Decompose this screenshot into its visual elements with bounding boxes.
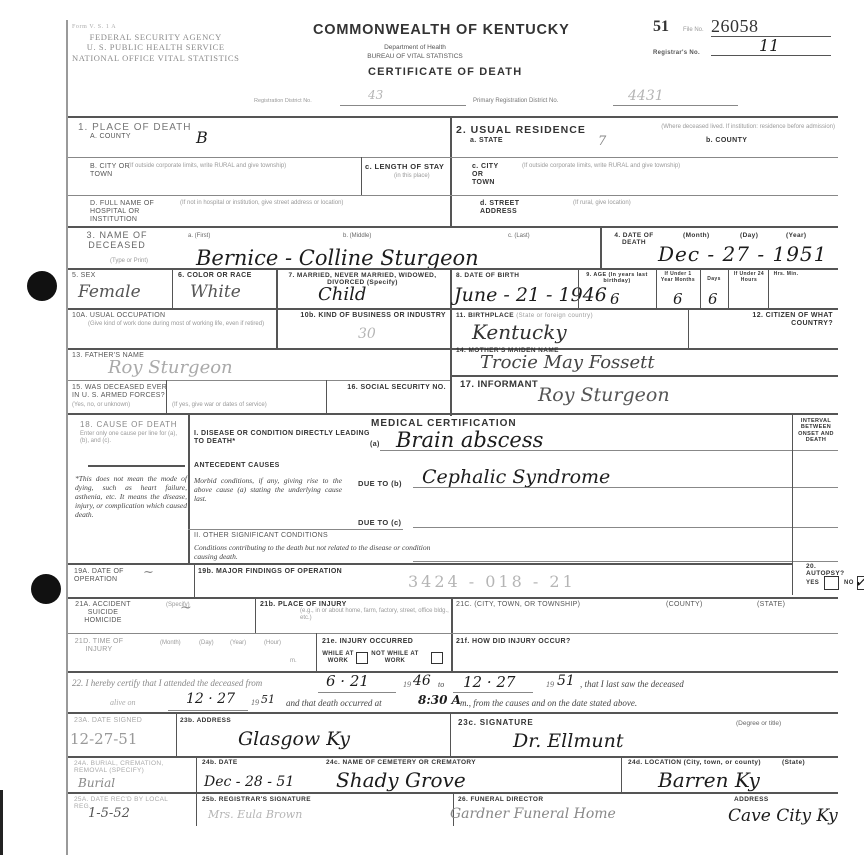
date-signed-label: 23a. DATE SIGNED — [74, 717, 142, 725]
birth-date-label: 8. DATE OF BIRTH — [456, 272, 519, 279]
other-conditions-label: II. OTHER SIGNIFICANT CONDITIONS — [194, 532, 328, 540]
burial-method-label: 24a. BURIAL, CREMATION, REMOVAL (Specify… — [74, 760, 166, 775]
residence-city-label: c. CITY OR TOWN — [472, 163, 502, 187]
location-value: Barren Ky — [658, 768, 760, 792]
operation-date-mark: ~ — [143, 565, 154, 580]
hospital-label: d. FULL NAME OF HOSPITAL OR INSTITUTION — [90, 200, 178, 224]
time-suffix: m. — [290, 658, 297, 665]
file-prefix: 51 — [653, 18, 669, 36]
to-year-value: 51 — [557, 673, 575, 689]
date-of-death-label: 4. DATE OF DEATH — [614, 232, 654, 247]
place-of-injury-note: (e.g., in or about home, farm, factory, … — [300, 608, 450, 622]
department-label: Department of Health — [330, 44, 500, 51]
antecedent-note: Morbid conditions, if any, giving rise t… — [194, 476, 342, 503]
burial-method-value: Burial — [78, 776, 115, 790]
last-name-label: c. (Last) — [508, 233, 530, 240]
state-title: COMMONWEALTH OF KENTUCKY — [313, 22, 570, 38]
how-injury-label: 21f. HOW DID INJURY OCCUR? — [456, 638, 571, 646]
injury-city-label: 21c. (CITY, TOWN, OR TOWNSHIP) — [456, 601, 580, 609]
not-while-at-work-checkbox[interactable] — [431, 652, 443, 664]
interval-label: INTERVAL BETWEEN ONSET AND DEATH — [796, 418, 836, 443]
certify-statement-line-1: 22. I hereby certify that I attended the… — [72, 678, 842, 689]
time-month-label: (Month) — [160, 640, 181, 647]
registration-district-value: 43 — [368, 88, 383, 102]
form-number: Form V. S. 1 A — [72, 24, 239, 32]
line-a-label: (a) — [370, 441, 380, 449]
injury-county-label: (COUNTY) — [666, 601, 703, 609]
deceased-name-label: 3. NAME OF DECEASED — [82, 231, 152, 251]
bureau-label: BUREAU OF VITAL STATISTICS — [330, 53, 500, 60]
birth-date-value: June - 21 - 1946 — [454, 284, 607, 306]
sex-value: Female — [78, 282, 141, 302]
father-value: Roy Sturgeon — [108, 357, 233, 378]
residence-county-label: b. COUNTY — [706, 137, 747, 145]
while-at-work-checkbox[interactable] — [356, 652, 368, 664]
armed-forces-note-a: (Yes, no, or unknown) — [72, 402, 130, 409]
death-time-value: 8:30 A — [418, 693, 461, 707]
not-while-at-work-label: NOT WHILE AT WORK — [371, 651, 419, 665]
registrar-signature-value: Mrs. Eula Brown — [208, 808, 302, 821]
burial-date-value: Dec - 28 - 51 — [204, 774, 294, 790]
medical-footnote: *This does not mean the mode of dying, s… — [75, 474, 187, 519]
registrar-number: 11 — [759, 36, 779, 55]
checkmark-icon: ✓ — [854, 572, 864, 592]
while-at-work-label: WHILE AT WORK — [321, 651, 355, 665]
last-seen-year-value: 51 — [261, 693, 275, 706]
file-no-label: File No. — [683, 27, 704, 34]
informant-label: 17. INFORMANT — [460, 380, 538, 391]
residence-state-label: a. STATE — [470, 137, 503, 145]
date-signed-value: 12-27-51 — [70, 730, 137, 748]
occupation-label: 10a. USUAL OCCUPATION — [72, 312, 165, 320]
last-seen-year-prefix: 19 — [251, 698, 259, 708]
due-to-b-label: DUE TO (b) — [358, 480, 402, 489]
binding-edge — [0, 790, 3, 855]
autopsy-no-checkbox[interactable]: ✓ — [857, 576, 864, 590]
funeral-director-label: 26. FUNERAL DIRECTOR — [458, 796, 543, 803]
age-value: 6 — [610, 290, 620, 308]
months-label: If Under 1 Year Months — [659, 272, 697, 284]
length-of-stay-label: c. LENGTH OF STAY — [365, 163, 445, 172]
days-value: 6 — [708, 290, 718, 308]
file-number: 26058 — [711, 16, 759, 37]
birthplace-note: (State or foreign country) — [516, 313, 593, 319]
armed-forces-note-b: (If yes, give war or dates of service) — [172, 402, 267, 409]
address-label: 23b. ADDRESS — [180, 717, 231, 724]
signature-value: Dr. Ellmunt — [513, 730, 623, 752]
cause-line-a: Brain abscess — [396, 428, 543, 452]
address-value: Glasgow Ky — [238, 728, 350, 750]
hospital-note: (If not in hospital or institution, give… — [180, 200, 440, 207]
birthplace-label-text: 11. BIRTHPLACE — [456, 312, 514, 319]
other-conditions-note: Conditions contributing to the death but… — [194, 543, 444, 561]
birthplace-label: 11. BIRTHPLACE (State or foreign country… — [456, 312, 593, 320]
death-county-value: B — [196, 128, 208, 147]
accident-mark: ~ — [180, 600, 192, 616]
residence-street-note: (If rural, give location) — [573, 200, 631, 207]
accident-label: 21a. ACCIDENT SUICIDE HOMICIDE — [74, 601, 132, 625]
certificate-title: CERTIFICATE OF DEATH — [368, 66, 522, 78]
sex-label: 5. SEX — [72, 272, 96, 280]
date-of-death-value: Dec - 27 - 1951 — [658, 242, 827, 266]
residence-city-note: (If outside corporate limits, write RURA… — [522, 163, 680, 170]
from-year-value: 46 — [413, 673, 431, 689]
time-of-injury-label: 21d. TIME OF INJURY — [74, 638, 124, 654]
from-year-prefix: 19 — [403, 680, 411, 690]
marital-value: Child — [318, 284, 366, 305]
days-label: Days — [703, 277, 725, 283]
signature-label: 23c. SIGNATURE — [458, 718, 534, 727]
minutes-label: Hrs. Min. — [771, 272, 801, 278]
middle-name-label: b. (Middle) — [343, 233, 371, 240]
funeral-director-value: Gardner Funeral Home — [450, 806, 616, 822]
autopsy-no-label: NO — [844, 580, 854, 587]
residence-street-label: d. STREET ADDRESS — [480, 200, 530, 216]
certify-text-2: , that I last saw the deceased — [580, 679, 684, 690]
burial-date-label: 24b. DATE — [202, 759, 238, 766]
cemetery-value: Shady Grove — [336, 768, 466, 792]
disease-label: I. DISEASE OR CONDITION DIRECTLY LEADING… — [194, 430, 374, 446]
birthplace-value: Kentucky — [472, 320, 567, 344]
occupation-note: (Give kind of work done during most of w… — [88, 321, 273, 328]
location-label: 24d. LOCATION (City, town, or county) — [628, 759, 761, 766]
residence-state-value: 7 — [598, 134, 606, 149]
injury-occurred-label: 21e. INJURY OCCURRED — [322, 638, 413, 646]
death-city-note: (If outside corporate limits, write RURA… — [128, 163, 353, 170]
degree-label: (Degree or title) — [736, 720, 781, 727]
first-name-label: a. (First) — [188, 233, 210, 240]
injury-state-label: (STATE) — [757, 601, 785, 609]
race-label: 6. COLOR OR RACE — [178, 272, 252, 280]
primary-district-value: 4431 — [628, 88, 664, 104]
attended-to-value: 12 · 27 — [463, 673, 515, 691]
attended-from-value: 6 · 21 — [326, 672, 369, 690]
ssn-label: 16. SOCIAL SECURITY NO. — [330, 384, 446, 392]
time-day-label: (Day) — [199, 640, 214, 647]
registrar-no-label: Registrar's No. — [653, 50, 700, 57]
date-received-value: 1-5-52 — [88, 806, 130, 821]
armed-forces-label-a: 15. WAS DECEASED EVER IN U. S. ARMED FOR… — [72, 384, 172, 400]
race-value: White — [190, 282, 241, 302]
death-city-label: b. CITY OR TOWN — [90, 163, 130, 179]
funeral-address-value: Cave City Ky — [728, 806, 838, 826]
length-of-stay-note: (in this place) — [394, 173, 430, 180]
death-day-label: (Day) — [740, 232, 758, 239]
autopsy-yes-label: YES — [806, 580, 819, 587]
location-state-label: (State) — [782, 759, 805, 766]
deceased-name-note: (Type or Print) — [110, 258, 148, 265]
certify-text-4: and that death occurred at — [286, 698, 382, 709]
place-of-death-title: 1. PLACE OF DEATH — [78, 122, 192, 133]
mother-value: Trocie May Fossett — [480, 352, 655, 373]
cemetery-label: 24c. NAME OF CEMETERY OR CREMATORY — [326, 759, 476, 766]
cause-note: Enter only one cause per line for (a), (… — [80, 431, 180, 445]
death-county-label: a. COUNTY — [90, 133, 131, 141]
registrar-signature-label: 25b. REGISTRAR'S SIGNATURE — [202, 796, 311, 803]
antecedent-label: ANTECEDENT CAUSES — [194, 462, 280, 470]
to-year-prefix: 19 — [546, 680, 554, 690]
agency-line-2: U. S. PUBLIC HEALTH SERVICE — [72, 42, 239, 53]
operation-findings-label: 19b. MAJOR FINDINGS OF OPERATION — [198, 568, 342, 576]
death-year-label: (Year) — [786, 232, 806, 239]
registration-district-label: Registration District No. — [254, 98, 312, 104]
to-label: to — [438, 680, 444, 690]
agency-block: Form V. S. 1 A FEDERAL SECURITY AGENCY U… — [72, 24, 239, 63]
death-month-label: (Month) — [683, 232, 710, 239]
certify-text-5: m., from the causes and on the date stat… — [460, 698, 637, 709]
business-label: 10b. KIND OF BUSINESS OR INDUSTRY — [280, 312, 446, 320]
certify-text-1: 22. I hereby certify that I attended the… — [72, 678, 262, 688]
operation-date-label: 19a. DATE OF OPERATION — [74, 568, 134, 584]
armed-forces-label: 15. WAS DECEASED EVER IN U. S. ARMED FOR… — [72, 384, 167, 399]
due-to-c-label: DUE TO (c) — [358, 519, 401, 528]
time-hour-label: (Hour) — [264, 640, 281, 647]
informant-value: Roy Sturgeon — [538, 384, 670, 406]
usual-residence-note: (Where deceased lived. If institution: r… — [613, 124, 835, 131]
citizen-label: 12. CITIZEN OF WHAT COUNTRY? — [718, 312, 833, 328]
business-value: 30 — [358, 326, 376, 342]
certify-text-3: alive on — [110, 698, 136, 708]
agency-line-3: NATIONAL OFFICE VITAL STATISTICS — [72, 53, 239, 64]
time-year-label: (Year) — [230, 640, 246, 647]
primary-district-label: Primary Registration District No. — [473, 98, 558, 105]
death-certificate: Form V. S. 1 A FEDERAL SECURITY AGENCY U… — [68, 10, 840, 855]
punch-hole-bottom — [31, 574, 61, 604]
autopsy-yes-checkbox[interactable] — [824, 576, 839, 590]
cause-of-death-label: 18. CAUSE OF DEATH — [80, 420, 177, 429]
deceased-name-value: Bernice - Colline Sturgeon — [196, 246, 479, 270]
usual-residence-title-text: 2. USUAL RESIDENCE — [456, 124, 586, 136]
cause-line-b: Cephalic Syndrome — [422, 466, 610, 488]
funeral-address-label: ADDRESS — [734, 796, 769, 803]
usual-residence-title: 2. USUAL RESIDENCE — [456, 124, 586, 136]
last-seen-value: 12 · 27 — [186, 691, 235, 707]
punch-hole-top — [27, 271, 57, 301]
agency-line-1: FEDERAL SECURITY AGENCY — [72, 32, 239, 43]
age-label: 9. AGE (In years last birthday) — [582, 272, 652, 285]
hours-label: If Under 24 Hours — [730, 272, 768, 284]
months-value: 6 — [673, 290, 683, 308]
stamp-number: 3424 - 018 - 21 — [408, 572, 576, 591]
